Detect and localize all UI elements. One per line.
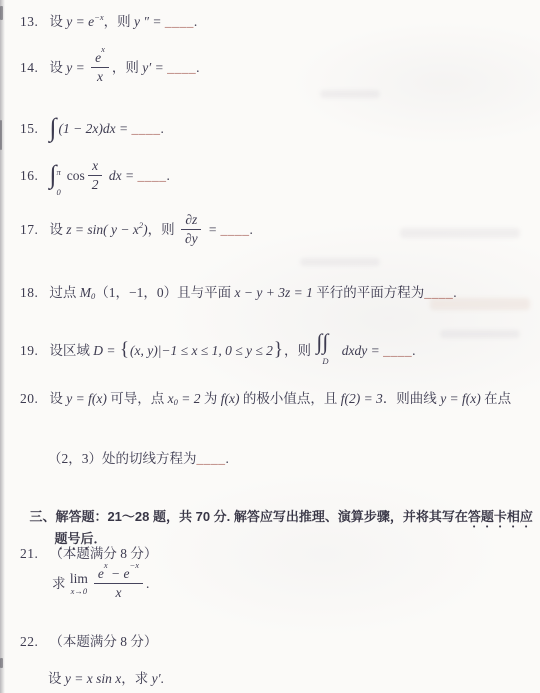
question-22-number: 22. <box>20 632 38 652</box>
question-20-expression: f(2) = 3 <box>341 389 383 409</box>
question-20-expression: y = f(x) <box>440 389 481 409</box>
fraction-numerator: ∂z <box>181 212 201 230</box>
scan-artifact <box>300 258 380 266</box>
upper-limit: π <box>57 162 61 182</box>
question-19-number: 19. <box>20 341 38 361</box>
question-20-text: ．则曲线 <box>383 389 440 409</box>
question-22-expression: y = x sin x <box>65 669 121 689</box>
answer-blank: ____ <box>424 283 453 303</box>
answer-blank: ____ <box>138 166 167 186</box>
double-integral-symbol: ∫∫ D <box>316 330 334 371</box>
question-19-region: D = <box>93 341 119 361</box>
question-15-expression: (1 − 2x)dx = <box>59 119 132 139</box>
period: . <box>226 449 229 469</box>
question-17: 17. 设 z = sin( y − x 2 ) ，则 ∂z ∂y = ____… <box>20 212 253 247</box>
question-16-function: cos <box>67 166 85 186</box>
scan-artifact <box>400 228 520 238</box>
fraction-denominator: x <box>93 68 107 85</box>
lower-limit: 0 <box>57 182 61 202</box>
answer-blank: ____ <box>383 341 412 361</box>
period: . <box>146 574 149 594</box>
question-19-set-definition: (x, y)|−1 ≤ x ≤ 1, 0 ≤ y ≤ 2 <box>130 341 273 361</box>
scan-artifact <box>320 90 380 98</box>
scan-artifact <box>0 120 2 150</box>
fraction-numerator: x <box>88 158 102 176</box>
question-18-text: 平行的平面方程为 <box>313 283 424 303</box>
equals-sign: = <box>205 220 221 240</box>
right-brace: } <box>273 340 284 360</box>
question-17-number: 17. <box>20 220 38 240</box>
question-20-expression: f(x) <box>221 389 240 409</box>
question-22-text: ，求 <box>121 669 151 689</box>
question-16: 16. ∫ π 0 cos x 2 dx = ____ . <box>20 158 170 193</box>
question-21-formula: 求 lim x→0 ex − e−x x . <box>52 566 149 601</box>
integral-symbol: ∫ <box>49 115 56 141</box>
question-13-ask: y ″ = <box>134 12 165 32</box>
answer-blank: ____ <box>197 449 226 469</box>
question-14: 14. 设 y = ex x ，则 y′ = ____ . <box>20 50 199 85</box>
limit-subscript: x→0 <box>71 587 88 596</box>
exam-page-scan: 13. 设 y = e −x ，则 y ″ = ____ . 14. 设 y =… <box>0 0 540 693</box>
question-18: 18. 过点 M 0 （1，−1，0）且与平面 x − y + 3z = 1 平… <box>20 283 457 303</box>
fraction: ex − e−x x <box>94 566 143 601</box>
period: . <box>412 341 415 361</box>
question-22-points: （本题满分 8 分） <box>49 632 157 652</box>
question-20-text: 设 <box>49 389 66 409</box>
answer-blank: ____ <box>165 12 194 32</box>
scan-artifact <box>0 6 3 20</box>
period: . <box>160 119 163 139</box>
question-20: 20. 设 y = f(x) 可导，点 x 0 = 2 为 f(x) 的极小值点… <box>20 389 511 409</box>
question-19: 19. 设区域 D = { (x, y)|−1 ≤ x ≤ 1, 0 ≤ y ≤… <box>20 330 416 371</box>
question-19-text: ，则 <box>284 341 314 361</box>
period: . <box>167 166 170 186</box>
question-19-text: 设区域 <box>49 341 93 361</box>
scan-left-edge-shadow <box>0 0 5 693</box>
question-13-text: 设 <box>49 12 66 32</box>
question-21-number: 21. <box>20 544 38 564</box>
fraction-denominator: ∂y <box>181 230 202 247</box>
question-17-text: 设 <box>49 220 66 240</box>
fraction-numerator: ex <box>91 50 109 68</box>
question-15-number: 15. <box>20 119 38 139</box>
question-20-text: 在点 <box>481 389 511 409</box>
double-integral-glyph: ∫∫ <box>316 330 334 354</box>
question-22-formula: 设 y = x sin x ，求 y′ . <box>48 669 164 689</box>
integral-limits: π 0 <box>57 162 61 192</box>
question-17-text: ，则 <box>148 220 178 240</box>
answer-blank: ____ <box>167 58 196 78</box>
question-14-number: 14. <box>20 58 38 78</box>
period: . <box>250 220 253 240</box>
question-18-text: （1，−1，0）且与平面 <box>95 283 234 303</box>
left-brace: { <box>119 340 130 360</box>
question-20-text: （2，3）处的切线方程为 <box>48 449 197 469</box>
question-20-expression: y = f(x) <box>66 389 107 409</box>
answer-blank: ____ <box>131 119 160 139</box>
period: . <box>194 12 197 32</box>
question-21-text: 求 <box>52 574 69 594</box>
question-14-text: ，则 <box>112 58 142 78</box>
question-20-continued: （2，3）处的切线方程为 ____ . <box>48 449 229 469</box>
fraction-numerator: ex − e−x <box>94 566 143 584</box>
question-14-text: 设 <box>49 58 66 78</box>
question-13-text: ，则 <box>104 12 134 32</box>
question-18-number: 18. <box>20 283 38 303</box>
fraction-denominator: 2 <box>88 176 103 193</box>
question-13-number: 13. <box>20 12 38 32</box>
question-17-expression: z = sin( y − x <box>66 220 139 240</box>
question-20-number: 20. <box>20 389 38 409</box>
question-22-ask: y′ <box>152 669 161 689</box>
partial-derivative-fraction: ∂z ∂y <box>181 212 202 247</box>
question-13-expression: y = e <box>66 12 94 32</box>
integral-symbol: ∫ <box>49 162 56 188</box>
question-22-text: 设 <box>48 669 65 689</box>
question-20-text: 的极小值点，且 <box>239 389 340 409</box>
question-18-text: 过点 <box>49 283 79 303</box>
limit-operator: lim x→0 <box>70 572 88 596</box>
fraction: x 2 <box>88 158 103 193</box>
scan-artifact <box>0 658 3 668</box>
question-14-ask: y′ = <box>142 58 167 78</box>
question-16-number: 16. <box>20 166 38 186</box>
question-20-expression: = 2 <box>178 389 204 409</box>
limit-label: lim <box>70 572 88 586</box>
question-20-variable: x <box>168 389 174 409</box>
answer-blank: ____ <box>221 220 250 240</box>
question-19-expression: dxdy = <box>338 341 383 361</box>
section-3-emphasized: 答题卡相应 <box>468 509 533 524</box>
period: . <box>453 283 456 303</box>
fraction: ex x <box>91 50 109 85</box>
scan-artifact <box>440 330 520 338</box>
question-15: 15. ∫ (1 − 2x)dx = ____ . <box>20 116 164 142</box>
fraction-denominator: x <box>111 584 125 601</box>
question-20-text: 为 <box>204 389 221 409</box>
period: . <box>161 669 164 689</box>
question-16-expression: dx = <box>106 166 138 186</box>
question-20-text: 可导，点 <box>107 389 168 409</box>
period: . <box>196 58 199 78</box>
question-18-point: M <box>80 283 91 303</box>
question-18-plane-equation: x − y + 3z = 1 <box>235 283 313 303</box>
question-13: 13. 设 y = e −x ，则 y ″ = ____ . <box>20 12 197 32</box>
question-14-expression: y = <box>66 58 88 78</box>
question-22: 22. （本题满分 8 分） <box>20 632 157 652</box>
